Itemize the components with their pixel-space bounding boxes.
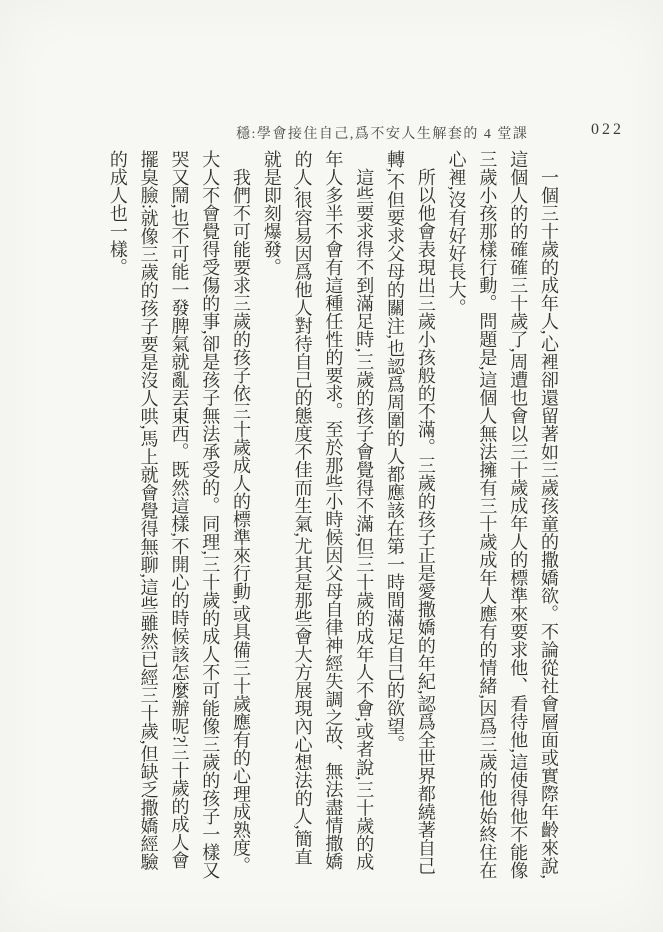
paragraph: 一個三十歲的成年人,心裡卻還留著如三歲孩童的撒嬌欲。不論從社會層面或實際年齡來說… [441, 150, 564, 880]
book-title: 穩:學會接住自己,爲不安人生解套的 4 堂課 [236, 123, 528, 143]
page-number: 022 [591, 121, 624, 139]
paragraph: 這些要求得不到滿足時,三歲的孩子會覺得不滿,但三十歲的成年人不會;或者說,三十歲… [256, 150, 379, 880]
paragraph: 我們不可能要求三歲的孩子依三十歲成人的標準來行動,或具備三十歲應有的心理成熟度。… [102, 150, 256, 880]
running-header: 穩:學會接住自己,爲不安人生解套的 4 堂課 022 [0, 60, 663, 84]
book-page: 穩:學會接住自己,爲不安人生解套的 4 堂課 022 一個三十歲的成年人,心裡卻… [0, 0, 663, 932]
paragraph: 所以他會表現出三歲小孩般的不滿。三歲的孩子正是愛撒嬌的年紀,認爲全世界都繞著自己… [379, 150, 441, 880]
body-text: 一個三十歲的成年人,心裡卻還留著如三歲孩童的撒嬌欲。不論從社會層面或實際年齡來說… [100, 150, 564, 880]
